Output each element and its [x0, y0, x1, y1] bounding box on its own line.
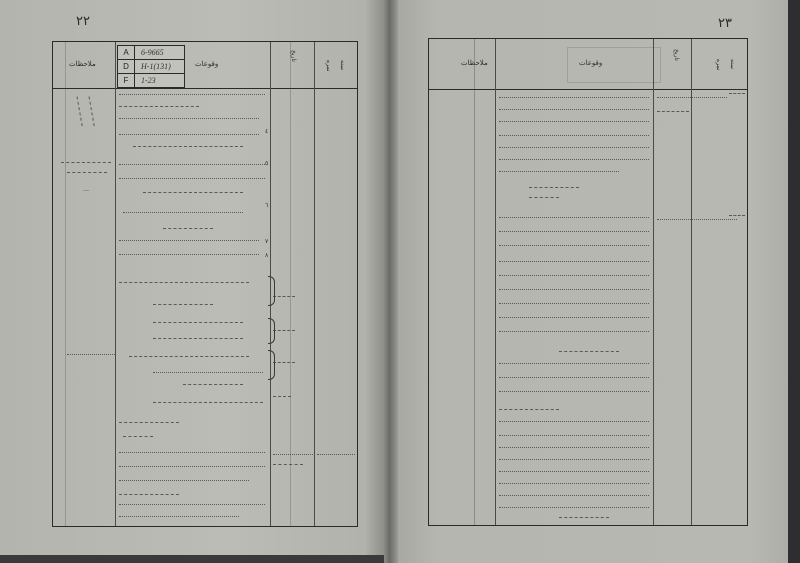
margin-note	[89, 96, 95, 126]
margin-note	[77, 96, 83, 126]
left-page: ٢٢ ملاحظات وقوعات تاریخ نمره سنه A6-9665…	[0, 0, 384, 555]
number-entry	[317, 454, 355, 455]
handwritten-line	[133, 146, 243, 147]
stamp-value-d: H-1(131)	[135, 60, 184, 73]
stamp-key-d: D	[118, 60, 135, 73]
handwritten-line	[183, 384, 243, 385]
number-entry	[729, 215, 745, 216]
handwritten-line	[499, 275, 649, 276]
handwritten-line	[499, 471, 649, 472]
handwritten-line	[499, 303, 649, 304]
handwritten-line	[499, 331, 649, 332]
handwritten-line	[123, 212, 243, 213]
handwritten-line	[499, 447, 649, 448]
handwritten-line	[119, 452, 265, 453]
handwritten-line	[119, 516, 239, 517]
header-date: تاریخ	[290, 50, 297, 62]
handwritten-line	[119, 106, 199, 107]
margin-note	[67, 354, 115, 355]
margin-note-text: …	[83, 186, 89, 193]
handwritten-line	[499, 245, 649, 246]
handwritten-line	[123, 436, 153, 437]
handwritten-line	[499, 147, 649, 148]
handwritten-line	[119, 504, 265, 505]
date-entry	[273, 396, 291, 397]
handwritten-line	[119, 254, 259, 255]
handwritten-line	[499, 377, 649, 378]
date-entry	[657, 97, 727, 98]
page-number: ٢٣	[718, 16, 732, 31]
handwritten-line	[499, 409, 559, 410]
handwritten-line	[499, 363, 649, 364]
brace-mark	[268, 318, 275, 344]
column-line	[65, 42, 66, 526]
handwritten-line	[119, 282, 249, 283]
header-year: سنه	[729, 59, 736, 69]
brace-mark	[268, 276, 275, 306]
date-entry	[273, 454, 313, 455]
handwritten-line	[119, 164, 265, 165]
handwritten-line	[499, 97, 649, 98]
handwritten-line	[499, 261, 649, 262]
margin-note	[61, 162, 111, 163]
entry-number: ٦	[265, 202, 268, 209]
handwritten-line	[153, 402, 263, 403]
date-entry	[273, 330, 295, 331]
header-notes: ملاحظات	[69, 60, 96, 68]
handwritten-line	[499, 459, 649, 460]
book-gutter	[384, 0, 398, 563]
book-spread: ٢٢ ملاحظات وقوعات تاریخ نمره سنه A6-9665…	[0, 0, 800, 563]
stamp-key-f: F	[118, 74, 135, 87]
handwritten-line	[499, 507, 649, 508]
column-line	[495, 39, 496, 525]
handwritten-line	[119, 134, 259, 135]
entry-number: ٤	[265, 128, 268, 135]
stamp-key-a: A	[118, 46, 135, 59]
handwritten-line	[559, 517, 609, 518]
handwritten-line	[119, 178, 265, 179]
date-entry	[657, 111, 689, 112]
handwritten-line	[119, 118, 259, 119]
handwritten-line	[499, 289, 649, 290]
handwritten-line	[499, 483, 649, 484]
column-line	[691, 39, 692, 525]
entry-number: ٧	[265, 238, 268, 245]
page-number: ٢٢	[76, 14, 90, 29]
date-entry	[273, 464, 303, 465]
handwritten-line	[153, 304, 213, 305]
stamp-value-a: 6-9665	[135, 46, 184, 59]
handwritten-line	[119, 94, 265, 95]
handwritten-line	[499, 317, 649, 318]
ledger-table: ملاحظات وقوعات تاریخ نمره سنه	[428, 38, 748, 526]
header-number: نمره	[325, 60, 332, 72]
handwritten-line	[119, 422, 179, 423]
header-number: نمره	[715, 59, 722, 71]
faded-stamp	[567, 47, 661, 83]
brace-mark	[268, 350, 275, 380]
entry-number: ٥	[265, 160, 268, 167]
handwritten-line	[499, 109, 649, 110]
margin-note	[67, 172, 107, 173]
header-year: سنه	[339, 60, 346, 70]
number-entry	[729, 93, 745, 94]
date-entry	[657, 219, 737, 220]
handwritten-line	[499, 135, 649, 136]
handwritten-line	[499, 391, 649, 392]
ledger-header: ملاحظات وقوعات تاریخ نمره سنه	[429, 39, 747, 90]
handwritten-line	[499, 171, 619, 172]
stamp-value-f: 1-23	[135, 74, 184, 87]
handwritten-line	[499, 231, 649, 232]
column-line	[115, 42, 116, 526]
ledger-table: ملاحظات وقوعات تاریخ نمره سنه A6-9665 DH…	[52, 41, 358, 527]
header-date: تاریخ	[673, 49, 680, 61]
scan-edge	[788, 0, 800, 563]
handwritten-line	[499, 217, 649, 218]
handwritten-line	[529, 187, 579, 188]
handwritten-line	[529, 197, 559, 198]
handwritten-line	[143, 192, 243, 193]
handwritten-line	[499, 435, 649, 436]
handwritten-line	[559, 351, 619, 352]
handwritten-line	[153, 372, 263, 373]
handwritten-line	[499, 421, 649, 422]
handwritten-line	[119, 494, 179, 495]
entry-number: ٨	[265, 252, 268, 259]
handwritten-line	[119, 480, 249, 481]
ledger-header: ملاحظات وقوعات تاریخ نمره سنه A6-9665 DH…	[53, 42, 357, 89]
column-line	[474, 39, 475, 525]
handwritten-line	[119, 240, 259, 241]
handwritten-line	[499, 159, 649, 160]
archive-stamp: A6-9665 DH-1(131) F1-23	[117, 45, 185, 88]
date-entry	[273, 296, 295, 297]
handwritten-line	[499, 121, 649, 122]
column-line	[653, 39, 654, 525]
date-entry	[273, 362, 295, 363]
handwritten-line	[119, 466, 265, 467]
handwritten-line	[129, 356, 249, 357]
right-page: ٢٣ ملاحظات وقوعات تاریخ نمره سنه	[398, 0, 788, 563]
handwritten-line	[499, 495, 649, 496]
handwritten-line	[153, 322, 243, 323]
column-line	[314, 42, 315, 526]
handwritten-line	[163, 228, 213, 229]
header-content: وقوعات	[195, 60, 218, 68]
handwritten-line	[153, 338, 243, 339]
